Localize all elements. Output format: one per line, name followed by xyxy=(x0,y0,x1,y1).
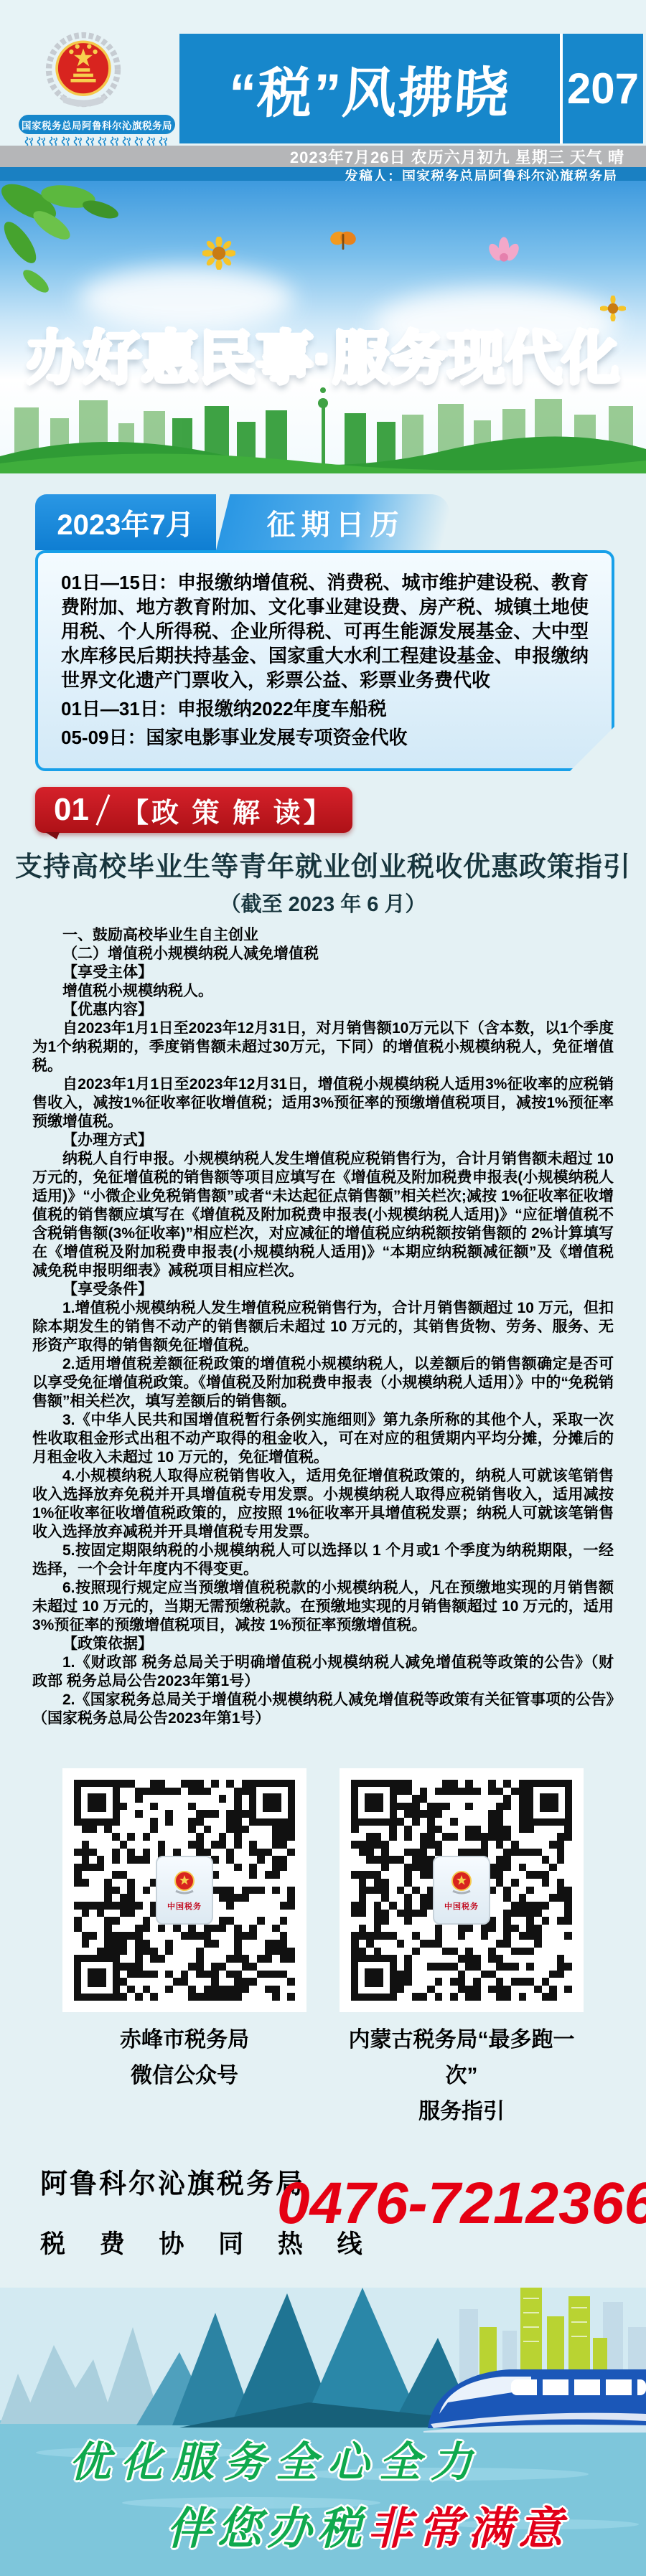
hotline-block: 阿鲁科尔沁旗税务局 税 费 协 同 热 线 0476-7212366 xyxy=(0,2159,646,2288)
mini-emblem-icon xyxy=(170,1869,199,1898)
qr-caption-right: 内蒙古税务局“最多跑一次” 服务指引 xyxy=(340,2022,584,2130)
calendar-title-text: 征期日历 xyxy=(266,502,404,543)
calendar-entry: 05-09日：国家电影事业发展专项资金代收 xyxy=(61,725,589,750)
qr-finder-icon xyxy=(351,1955,397,2001)
qr-caption-right-line2: 服务指引 xyxy=(340,2094,584,2130)
article-paragraph: 5.按固定期限纳税的小规模纳税人可以选择以 1 个月或1 个季度为纳税期限，一经… xyxy=(32,1542,614,1579)
calendar-month-tab: 2023年7月 xyxy=(35,494,216,550)
article-paragraph: 【政策依据】 xyxy=(32,1635,614,1653)
article-paragraph: 【享受主体】 xyxy=(32,963,614,982)
article-title: 支持高校毕业生等青年就业创业税收优惠政策指引 xyxy=(0,844,646,884)
article-paragraph: 2.适用增值税差额征税政策的增值税小规模纳税人，以差额后的销售额确定是否可以享受… xyxy=(32,1355,614,1411)
calendar-entry: 01日—31日：申报缴纳2022年度车船税 xyxy=(61,697,589,721)
section-banner: 01 【政 策 解 读】 xyxy=(35,787,352,833)
sunflower-icon xyxy=(202,237,235,270)
agency-name-bar: 国家税务总局阿鲁科尔沁旗税务局 xyxy=(19,115,175,134)
tax-logo-icon: 中国税务 xyxy=(156,1856,213,1925)
header: 国家税务总局阿鲁科尔沁旗税务局 “税”风拂晓 207 2023年7月26日 农历… xyxy=(0,0,646,181)
qr-finder-icon xyxy=(74,1780,120,1826)
qr-code-chifeng: 中国税务 xyxy=(62,1768,306,2012)
qr-code-neimenggu: 中国税务 xyxy=(340,1768,584,2012)
slogan-line2-green: 伴您办税 xyxy=(167,2504,368,2554)
article-body: 一、鼓励高校毕业生自主创业（二）增值税小规模纳税人减免增值税【享受主体】增值税小… xyxy=(0,917,646,1728)
qr-finder-icon xyxy=(74,1955,120,2001)
newsletter-page: 国家税务总局阿鲁科尔沁旗税务局 “税”风拂晓 207 2023年7月26日 农历… xyxy=(0,0,646,2576)
article-paragraph: 一、鼓励高校毕业生自主创业 xyxy=(32,926,614,945)
hotline-phone-number: 0476-7212366 xyxy=(277,2170,646,2237)
qr-logo-text: 中国税务 xyxy=(444,1900,479,1912)
qr-caption-left-line2: 微信公众号 xyxy=(62,2058,306,2094)
section-number: 01 xyxy=(54,792,89,828)
sunflower-icon xyxy=(600,296,626,321)
butterfly-icon xyxy=(329,230,357,254)
hotline-office: 阿鲁科尔沁旗税务局 xyxy=(40,2161,305,2201)
calendar-entry-range: 01日—31日： xyxy=(61,698,177,720)
qr-logo-text: 中国税务 xyxy=(167,1900,202,1912)
hero-banner: 办好惠民事·服务现代化 xyxy=(0,181,646,473)
qr-row: 中国税务 中国税务 xyxy=(0,1768,646,2012)
article-paragraph: 3.《中华人民共和国增值税暂行条例实施细则》第九条所称的其他个人，采取一次性收取… xyxy=(32,1411,614,1467)
article-paragraph: 2.《国家税务总局关于增值税小规模纳税人减免增值税等政策有关征管事项的公告》（国… xyxy=(32,1691,614,1728)
article-paragraph: 纳税人自行申报。小规模纳税人发生增值税应税销售行为，合计月销售额未超过 10 万… xyxy=(32,1150,614,1280)
article-paragraph: 自2023年1月1日至2023年12月31日，增值税小规模纳税人适用3%征收率的… xyxy=(32,1075,614,1131)
qr-caption-left-line1: 赤峰市税务局 xyxy=(62,2022,306,2058)
calendar-tab: 2023年7月 征期日历 xyxy=(35,494,441,550)
article-subtitle: （截至 2023 年 6 月） xyxy=(0,888,646,917)
article-paragraph: 【享受条件】 xyxy=(32,1280,614,1299)
slogan-line2: 伴您办税非常满意 xyxy=(167,2493,568,2557)
qr-captions: 赤峰市税务局 微信公众号 内蒙古税务局“最多跑一次” 服务指引 xyxy=(0,2022,646,2130)
slogan-line1: 优化服务全心全力 xyxy=(69,2428,482,2488)
city-skyline xyxy=(0,379,646,473)
calendar-entry-text: 申报缴纳2022年度车船税 xyxy=(177,698,387,720)
article-paragraph: 1.《财政部 税务总局关于明确增值税小规模纳税人减免增值税等政策的公告》（财政部… xyxy=(32,1653,614,1691)
qr-finder-icon xyxy=(526,1780,572,1826)
mini-emblem-icon xyxy=(447,1869,476,1898)
calendar-entry-range: 01日—15日： xyxy=(61,572,177,593)
calendar-entry-text: 国家电影事业发展专项资金代收 xyxy=(146,727,408,748)
masthead: “税”风拂晓 207 xyxy=(179,34,643,143)
article-paragraph: 4.小规模纳税人取得应税销售收入，适用免征增值税政策的，纳税人可就该笔销售收入选… xyxy=(32,1467,614,1542)
slogan-line2-red: 非常满意 xyxy=(368,2504,568,2554)
qr-finder-icon xyxy=(249,1780,295,1826)
calendar-panel: 01日—15日：申报缴纳增值税、消费税、城市维护建设税、教育费附加、地方教育附加… xyxy=(35,550,614,771)
tax-logo-icon: 中国税务 xyxy=(433,1856,490,1925)
article-paragraph: （二）增值税小规模纳税人减免增值税 xyxy=(32,945,614,963)
qr-finder-icon xyxy=(351,1780,397,1826)
article-paragraph: 1.增值税小规模纳税人发生增值税应税销售行为，合计月销售额超过 10 万元，但扣… xyxy=(32,1299,614,1355)
article-paragraph: 增值税小规模纳税人。 xyxy=(32,982,614,1001)
section-label: 【政 策 解 读】 xyxy=(121,791,334,830)
issue-number: 207 xyxy=(563,34,643,143)
masthead-title: “税”风拂晓 xyxy=(177,34,563,143)
content: 2023年7月 征期日历 01日—15日：申报缴纳增值税、消费税、城市维护建设税… xyxy=(0,473,646,2288)
leaves-icon xyxy=(0,181,158,303)
calendar-entry-range: 05-09日： xyxy=(61,727,146,748)
tax-bureau-emblem-icon xyxy=(40,27,126,113)
article-paragraph: 6.按照现行规定应当预缴增值税税款的小规模纳税人，凡在预缴地实现的月销售额未超过… xyxy=(32,1579,614,1635)
calendar-entry: 01日—15日：申报缴纳增值税、消费税、城市维护建设税、教育费附加、地方教育附加… xyxy=(61,570,589,692)
footer-scene: 优化服务全心全力 伴您办税非常满意 xyxy=(0,2288,646,2576)
calendar-title-tab: 征期日历 xyxy=(216,494,454,550)
date-strip: 2023年7月26日 农历六月初九 星期三 天气 晴 xyxy=(0,146,646,167)
article-paragraph: 【办理方式】 xyxy=(32,1131,614,1150)
section-divider xyxy=(95,794,110,826)
article-paragraph: 【优惠内容】 xyxy=(32,1001,614,1019)
lotus-flower-icon xyxy=(485,237,523,271)
qr-caption-left: 赤峰市税务局 微信公众号 xyxy=(62,2022,306,2130)
qr-caption-right-line1: 内蒙古税务局“最多跑一次” xyxy=(340,2022,584,2094)
article-paragraph: 自2023年1月1日至2023年12月31日，对月销售额10万元以下（含本数，以… xyxy=(32,1019,614,1075)
